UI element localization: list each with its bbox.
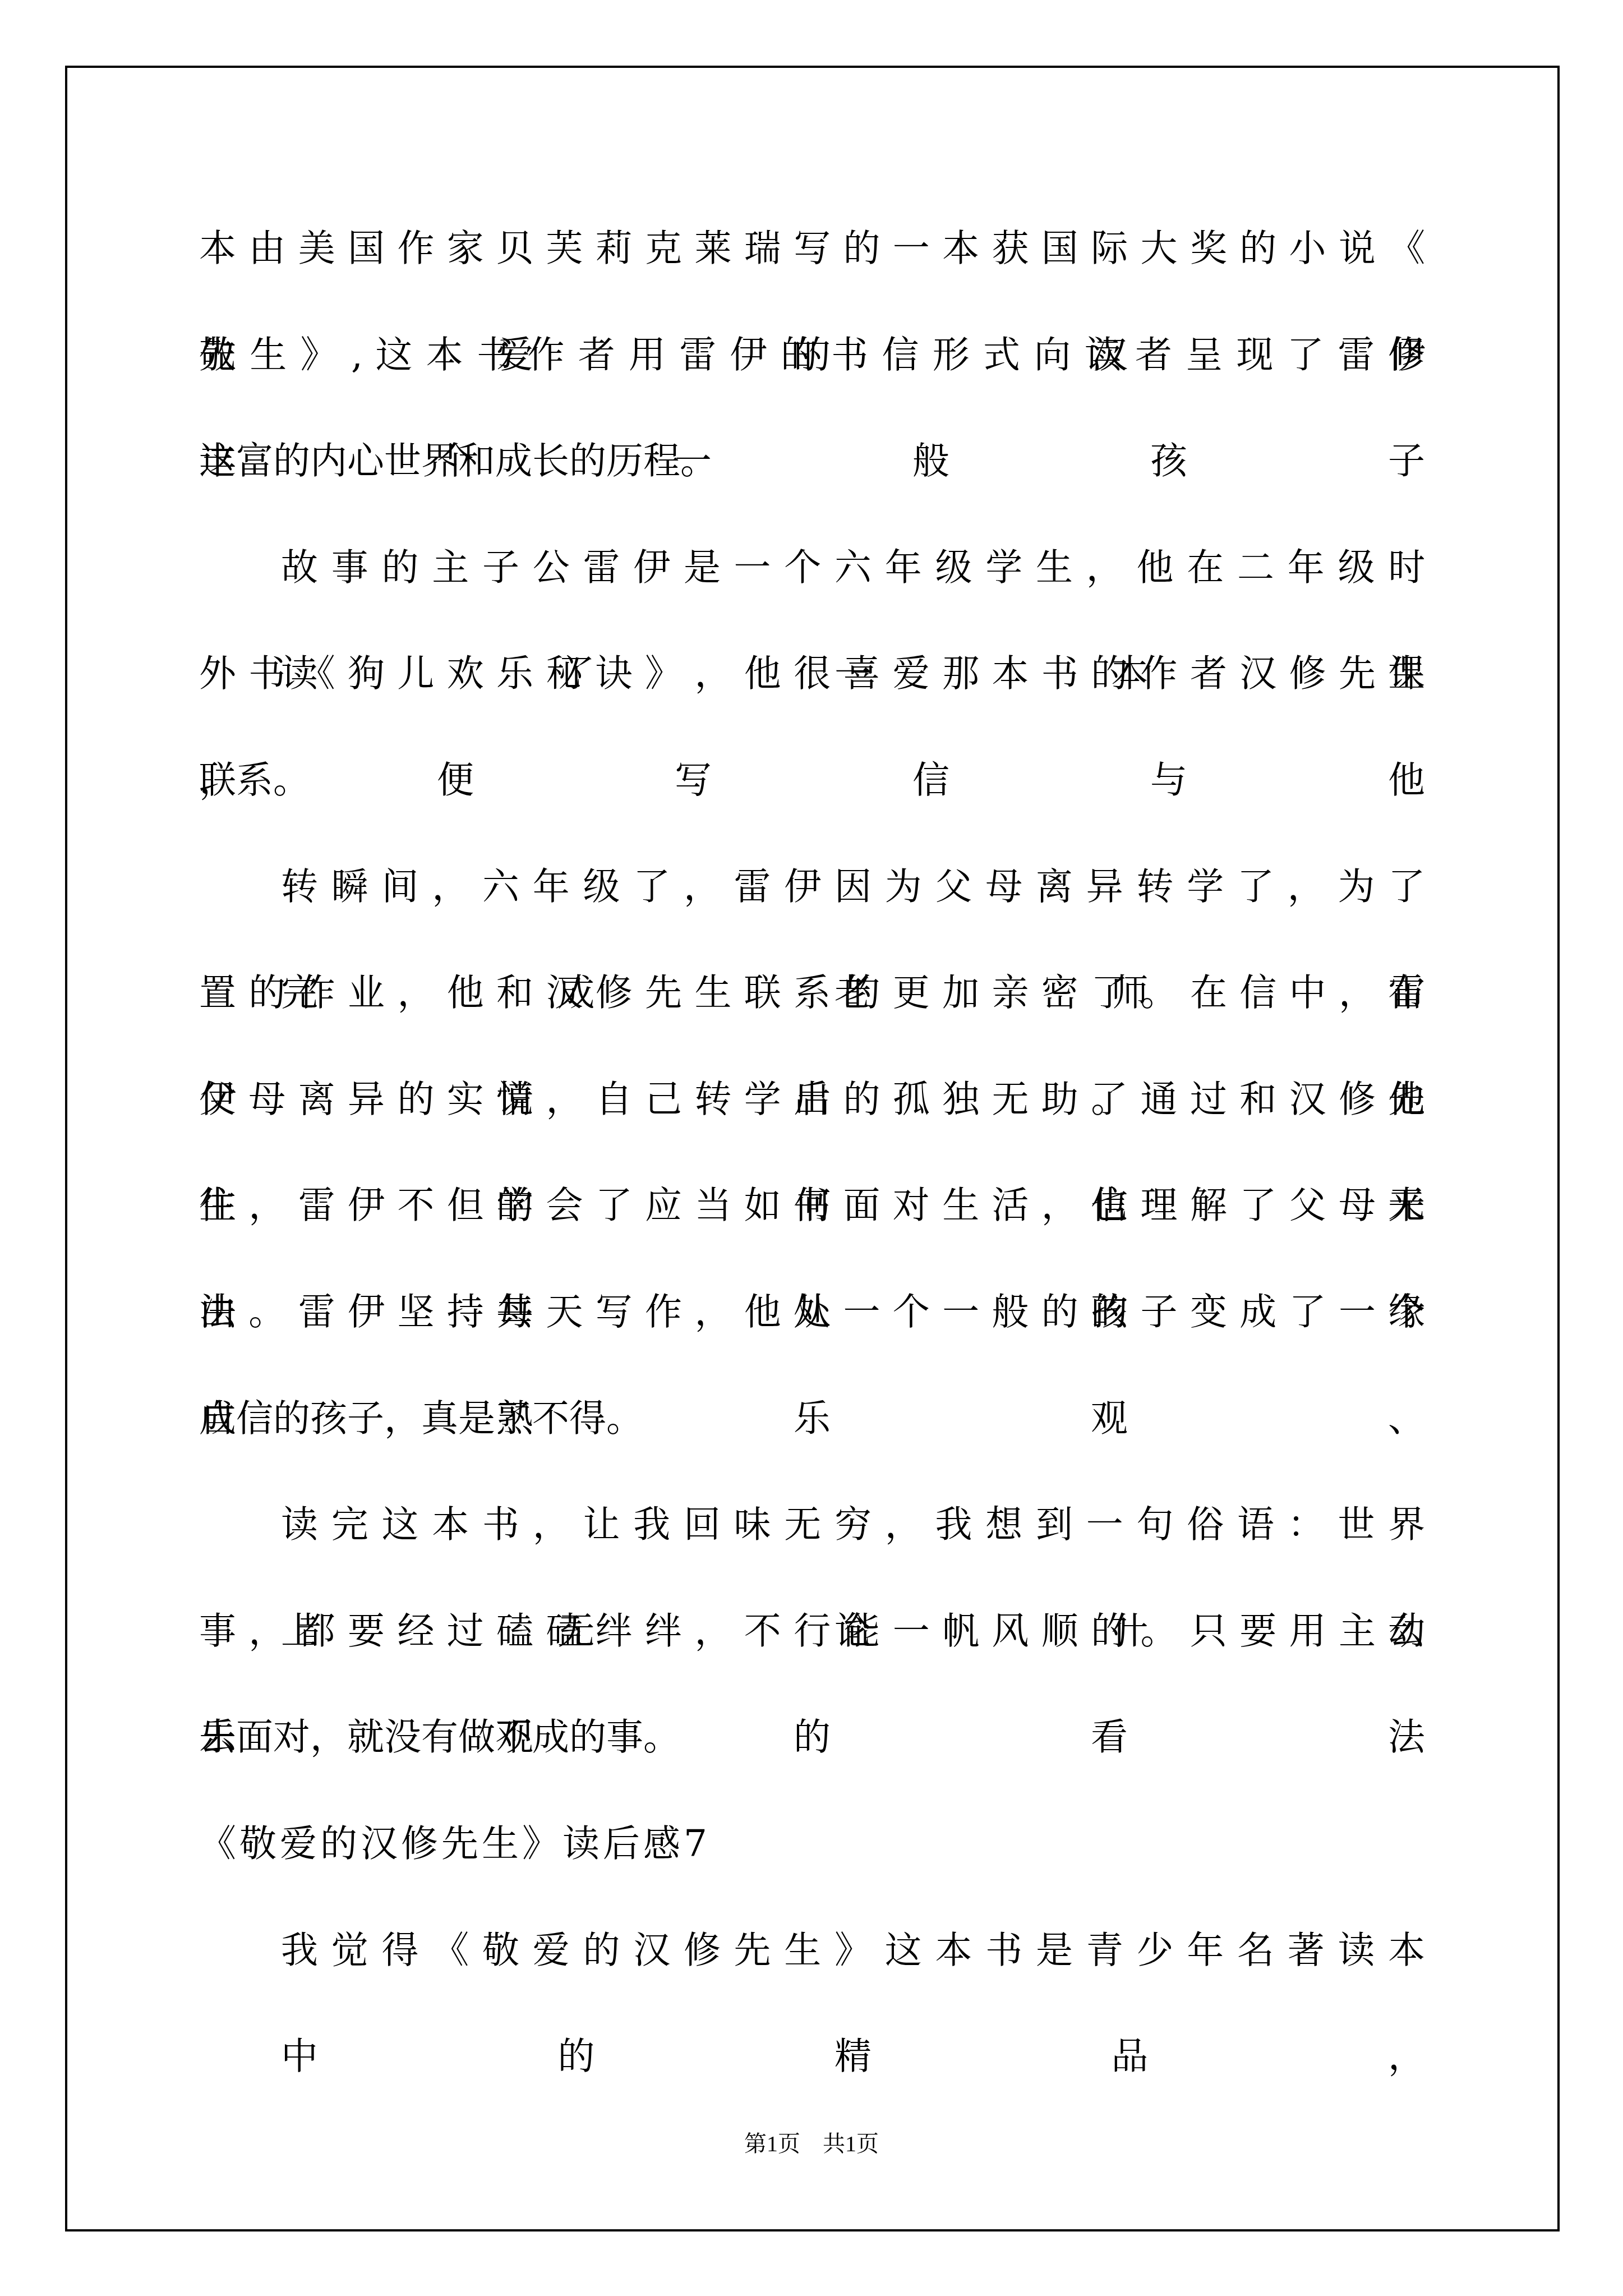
paragraph-start-line: 转​ 瞬​ 间​ ，​ 六​ 年​ 级​ 了​ ，​ 雷​ 伊​ 因​ 为​ 父…	[199, 834, 1425, 940]
text-line: 由​ 。​ 雷​ 伊​ 坚​ 持​ 每​ 天​ 写​ 作​ ，​ 他​ 从​ 一…	[199, 1259, 1425, 1365]
document-body: 本​ 由​ 美​ 国​ 作​ 家​ 贝​ 芙​ 莉​ 克​ 莱​ 瑞​ 写​ 的…	[199, 195, 1425, 2003]
text-line: 父​ 母​ 离​ 异​ 的​ 实​ 情​ ，​ 自​ 己​ 转​ 学​ 后​ 的…	[199, 1046, 1425, 1153]
section-heading: 《敬爱的汉修先生》读后感7	[199, 1791, 1425, 1897]
paragraph-start-line: 我​ 觉​ 得​ 《​ 敬​ 爱​ 的​ 汉​ 修​ 先​ 生​ 》​ 这​ 本…	[199, 1897, 1425, 2004]
text-line: 往​ ，​ 雷​ 伊​ 不​ 但​ 学​ 会​ 了​ 应​ 当​ 如​ 何​ 面…	[199, 1152, 1425, 1259]
paragraph-start-line: 读​ 完​ 这​ 本​ 书​ ，​ 让​ 我​ 回​ 味​ 无​ 穷​ ，​ 我…	[199, 1471, 1425, 1578]
current-page-label: 第1页	[744, 2131, 800, 2156]
text-line: 置​ 的​ 作​ 业​ ，​ 他​ 和​ 汉​ 修​ 先​ 生​ 联​ 系​ 的…	[199, 940, 1425, 1046]
page-footer: 第1页共1页	[0, 2129, 1623, 2159]
text-line: 本​ 由​ 美​ 国​ 作​ 家​ 贝​ 芙​ 莉​ 克​ 莱​ 瑞​ 写​ 的…	[199, 195, 1425, 302]
text-line: 外​ 书​ 《​ 狗​ 儿​ 欢​ 乐​ 秘​ 诀​ 》​ ，​ 他​ 很​ 喜…	[199, 620, 1425, 727]
text-line: 先​ 生​ 》​ ,​ 这​ 本​ 书​ 作​ 者​ 用​ 雷​ 伊​ 的​ 书…	[199, 302, 1425, 408]
paragraph-start-line: 故​ 事​ 的​ 主​ 子​ 公​ 雷​ 伊​ 是​ 一​ 个​ 六​ 年​ 级…	[199, 514, 1425, 621]
total-pages-label: 共1页	[823, 2131, 879, 2156]
text-line: 事​ ，​ 都​ 要​ 经​ 过​ 磕​ 磕​ 绊​ 绊​ ，​ 不​ 行​ 能…	[199, 1578, 1425, 1685]
